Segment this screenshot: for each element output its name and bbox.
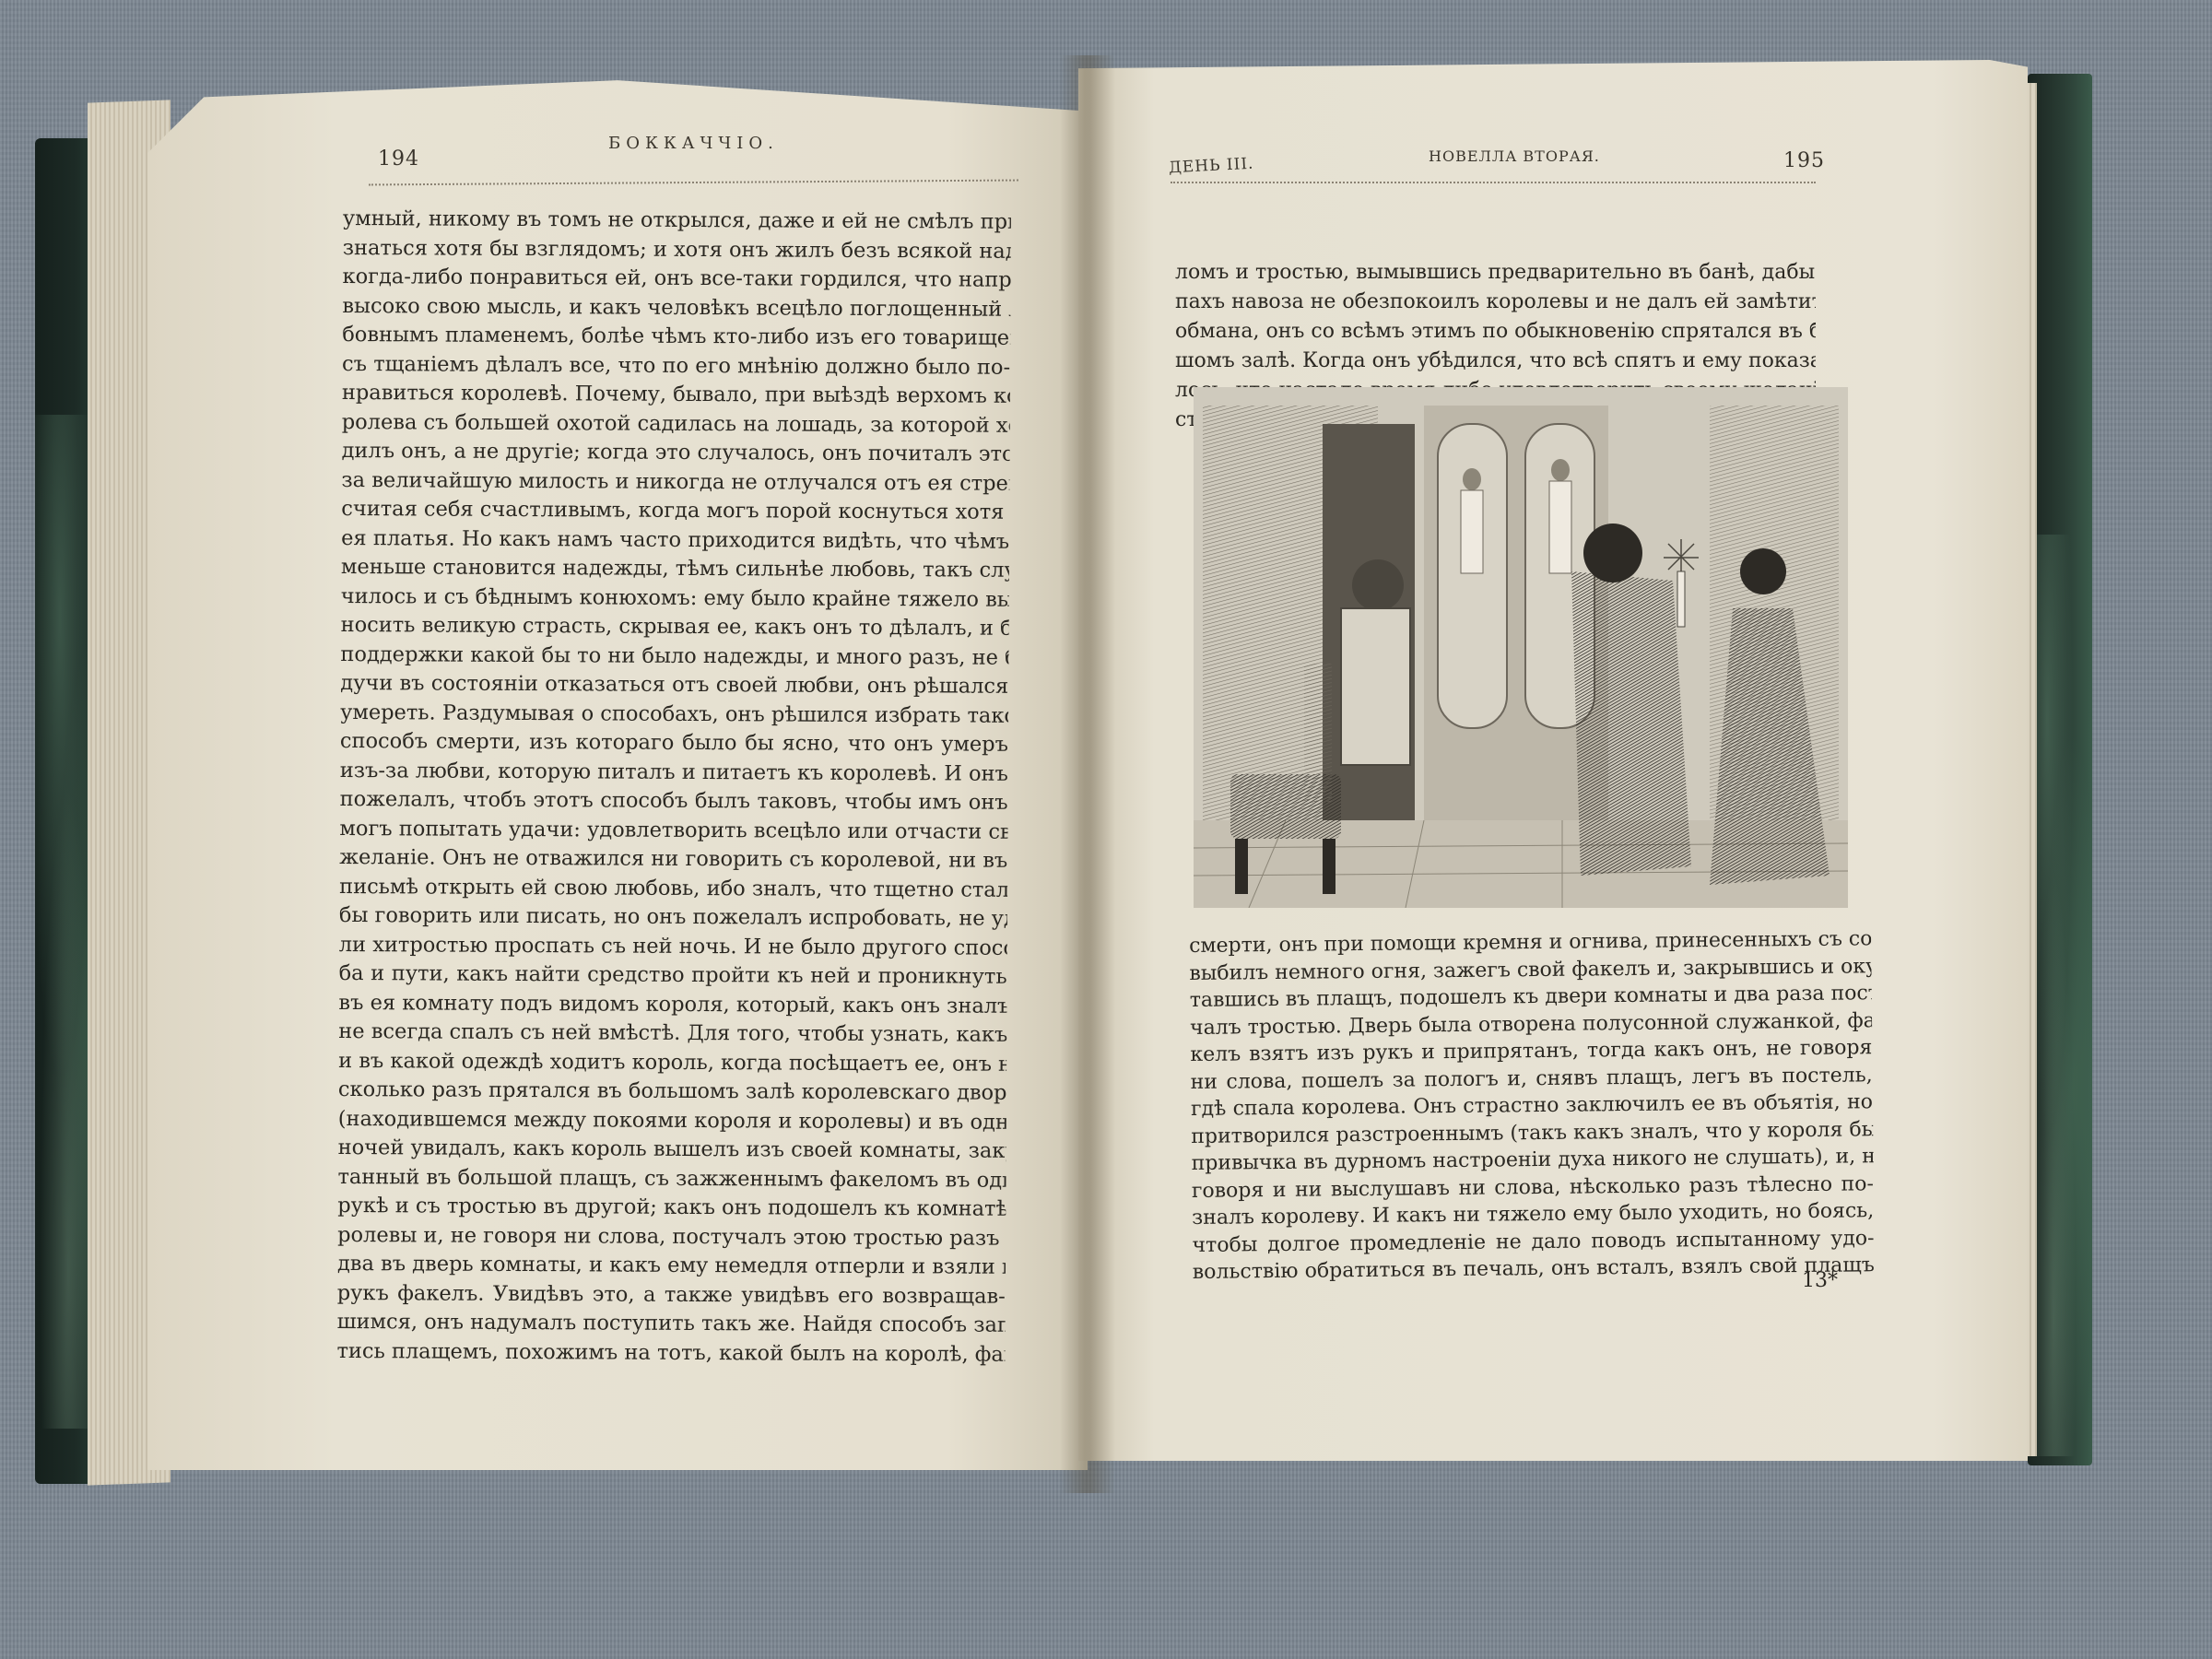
text-line: сколько разъ прятался въ большомъ залѣ к… — [338, 1076, 1006, 1108]
text-line: способъ смерти, изъ котораго было бы ясн… — [340, 727, 1008, 759]
text-line: чилось и съ бѣднымъ конюхомъ: ему было к… — [341, 582, 1009, 614]
text-line: меньше становится надежды, тѣмъ сильнѣе … — [341, 553, 1009, 585]
text-line: носить великую страсть, скрывая ее, какъ… — [341, 611, 1009, 643]
text-line: ли хитростью проспать съ ней ночь. И не … — [339, 930, 1007, 962]
text-line: (находившемся между покоями короля и кор… — [338, 1104, 1006, 1136]
book-cover-right — [2028, 74, 2092, 1465]
text-line: дилъ онъ, а не другіе; когда это случало… — [342, 437, 1010, 469]
signature-mark: 13* — [1802, 1269, 1838, 1292]
text-line: дучи въ состояніи отказаться отъ своей л… — [340, 669, 1008, 701]
text-line: письмѣ открыть ей свою любовь, ибо зналъ… — [339, 872, 1007, 904]
text-line: считая себя счастливымъ, когда могъ поро… — [341, 495, 1009, 527]
text-line: танный въ большой плащъ, съ зажженнымъ ф… — [337, 1162, 1006, 1194]
text-line: бы говорить или писать, но онъ пожелалъ … — [339, 901, 1007, 934]
text-line: когда-либо понравиться ей, онъ все-таки … — [343, 263, 1011, 295]
header-rule-right — [1171, 182, 1816, 183]
running-head-left: БОККАЧЧІО. — [608, 134, 779, 153]
right-page-text-bottom: смерти, онъ при помощи кремня и огнива, … — [1189, 925, 1875, 1286]
page-number-left: 194 — [378, 147, 419, 171]
text-line: съ тщаніемъ дѣлалъ все, что по его мнѣні… — [342, 349, 1010, 382]
text-line: умный, никому въ томъ не открылся, даже … — [343, 205, 1011, 237]
text-line: могъ попытать удачи: удовлетворить всецѣ… — [339, 814, 1007, 846]
running-head-right: НОВЕЛЛА ВТОРАЯ. — [1429, 147, 1600, 165]
text-line: за величайшую милость и никогда не отлуч… — [341, 465, 1009, 498]
text-line: знаться хотя бы взглядомъ; и хотя онъ жи… — [343, 233, 1011, 265]
text-line: въ ея комнату подъ видомъ короля, которы… — [338, 988, 1006, 1020]
text-line: пахъ навоза не обезпокоилъ королевы и не… — [1175, 288, 1816, 317]
left-page-text: умный, никому въ томъ не открылся, даже … — [336, 205, 1011, 1370]
text-line: ролева съ большей охотой садилась на лош… — [342, 407, 1010, 440]
text-line: два въ дверь комнаты, и какъ ему немедля… — [337, 1250, 1006, 1282]
text-line: поддержки какой бы то ни было надежды, и… — [340, 640, 1008, 672]
text-line: ломъ и тростью, вымывшись предварительно… — [1175, 258, 1816, 288]
book-gutter — [1060, 55, 1115, 1493]
text-line: желаніе. Онъ не отважился ни говорить съ… — [339, 843, 1007, 876]
text-line: пожелалъ, чтобъ этотъ способъ былъ таков… — [340, 785, 1008, 818]
page-number-right: 195 — [1783, 149, 1825, 172]
text-line: высоко свою мысль, и какъ человѣкъ всецѣ… — [342, 291, 1010, 324]
text-line: ночей увидалъ, какъ король вышелъ изъ св… — [338, 1134, 1006, 1166]
text-line: нравиться королевѣ. Почему, бывало, при … — [342, 379, 1010, 411]
text-line: шимся, онъ надумалъ поступить такъ же. Н… — [337, 1308, 1006, 1340]
text-line: ролевы и, не говоря ни слова, постучалъ … — [337, 1220, 1006, 1253]
text-line: шомъ залѣ. Когда онъ убѣдился, что всѣ с… — [1175, 347, 1816, 376]
text-line: тись плащемъ, похожимъ на тотъ, какой бы… — [336, 1336, 1005, 1369]
text-line: рукъ факелъ. Увидѣвъ это, а также увидѣв… — [337, 1278, 1006, 1311]
text-line: рукѣ и съ тростью въ другой; какъ онъ по… — [337, 1192, 1006, 1224]
marbled-board — [2028, 535, 2092, 1456]
text-line: и въ какой одеждѣ ходитъ король, когда п… — [338, 1046, 1006, 1078]
text-line: ба и пути, какъ найти средство пройти къ… — [339, 959, 1007, 992]
text-line: обмана, онъ со всѣмъ этимъ по обыкновені… — [1175, 317, 1816, 347]
text-line: изъ-за любви, которую питалъ и питаетъ к… — [340, 756, 1008, 788]
text-line: бовнымъ пламенемъ, болѣе чѣмъ кто-либо и… — [342, 321, 1010, 353]
text-line: умереть. Раздумывая о способахъ, онъ рѣш… — [340, 698, 1008, 730]
text-line: ея платья. Но какъ намъ часто приходится… — [341, 524, 1009, 556]
text-line: не всегда спалъ съ ней вмѣстѣ. Для того,… — [338, 1018, 1006, 1050]
engraving-illustration — [1194, 387, 1848, 908]
